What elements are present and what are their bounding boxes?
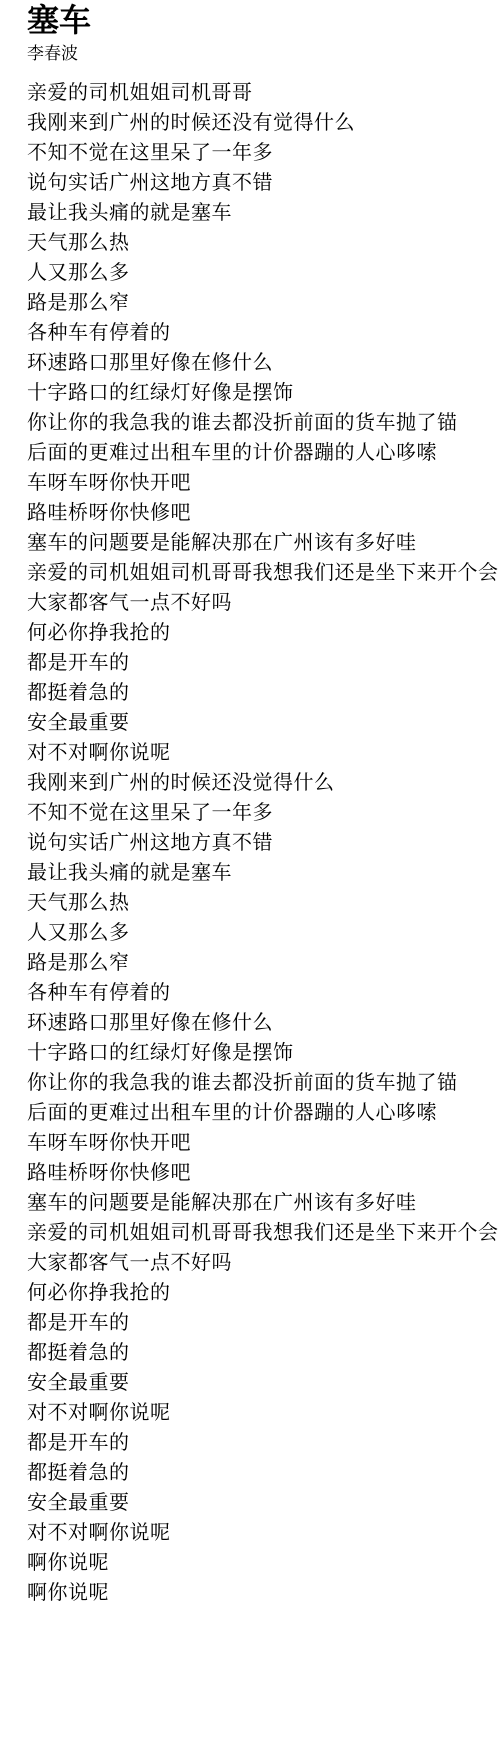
lyric-line: 后面的更难过出租车里的计价器蹦的人心哆嗦: [27, 438, 500, 468]
lyric-line: 何必你挣我抢的: [27, 618, 500, 648]
lyric-line: 你让你的我急我的谁去都没折前面的货车抛了锚: [27, 408, 500, 438]
lyric-line: 都是开车的: [27, 648, 500, 678]
lyrics-body: 亲爱的司机姐姐司机哥哥我刚来到广州的时候还没有觉得什么不知不觉在这里呆了一年多说…: [27, 78, 500, 1608]
lyric-line: 你让你的我急我的谁去都没折前面的货车抛了锚: [27, 1068, 500, 1098]
lyric-line: 都挺着急的: [27, 1458, 500, 1488]
lyric-line: 各种车有停着的: [27, 318, 500, 348]
lyric-line: 最让我头痛的就是塞车: [27, 858, 500, 888]
lyric-line: 亲爱的司机姐姐司机哥哥我想我们还是坐下来开个会吧: [27, 558, 500, 588]
lyric-line: 天气那么热: [27, 228, 500, 258]
lyric-line: 大家都客气一点不好吗: [27, 1248, 500, 1278]
lyric-line: 后面的更难过出租车里的计价器蹦的人心哆嗦: [27, 1098, 500, 1128]
lyric-line: 十字路口的红绿灯好像是摆饰: [27, 1038, 500, 1068]
lyric-line: 大家都客气一点不好吗: [27, 588, 500, 618]
lyric-line: 对不对啊你说呢: [27, 738, 500, 768]
lyrics-page: 塞车 李春波 亲爱的司机姐姐司机哥哥我刚来到广州的时候还没有觉得什么不知不觉在这…: [0, 0, 500, 1608]
lyric-line: 人又那么多: [27, 918, 500, 948]
lyric-line: 各种车有停着的: [27, 978, 500, 1008]
lyric-line: 都挺着急的: [27, 678, 500, 708]
lyric-line: 说句实话广州这地方真不错: [27, 828, 500, 858]
lyric-line: 说句实话广州这地方真不错: [27, 168, 500, 198]
page-title: 塞车: [27, 3, 500, 38]
lyric-line: 环速路口那里好像在修什么: [27, 1008, 500, 1038]
lyric-line: 亲爱的司机姐姐司机哥哥: [27, 78, 500, 108]
lyric-line: 安全最重要: [27, 1488, 500, 1518]
lyric-line: 路哇桥呀你快修吧: [27, 498, 500, 528]
lyric-line: 最让我头痛的就是塞车: [27, 198, 500, 228]
lyric-line: 人又那么多: [27, 258, 500, 288]
lyric-line: 对不对啊你说呢: [27, 1518, 500, 1548]
lyric-line: 路是那么窄: [27, 948, 500, 978]
lyric-line: 天气那么热: [27, 888, 500, 918]
lyric-line: 都是开车的: [27, 1308, 500, 1338]
lyric-line: 环速路口那里好像在修什么: [27, 348, 500, 378]
lyric-line: 我刚来到广州的时候还没有觉得什么: [27, 108, 500, 138]
lyric-line: 塞车的问题要是能解决那在广州该有多好哇: [27, 528, 500, 558]
lyric-line: 十字路口的红绿灯好像是摆饰: [27, 378, 500, 408]
lyric-line: 安全最重要: [27, 708, 500, 738]
lyric-line: 不知不觉在这里呆了一年多: [27, 798, 500, 828]
lyric-line: 车呀车呀你快开吧: [27, 468, 500, 498]
lyric-line: 都是开车的: [27, 1428, 500, 1458]
lyric-line: 何必你挣我抢的: [27, 1278, 500, 1308]
lyric-line: 车呀车呀你快开吧: [27, 1128, 500, 1158]
lyric-line: 对不对啊你说呢: [27, 1398, 500, 1428]
lyric-line: 亲爱的司机姐姐司机哥哥我想我们还是坐下来开个会吧: [27, 1218, 500, 1248]
lyric-line: 安全最重要: [27, 1368, 500, 1398]
lyric-line: 路哇桥呀你快修吧: [27, 1158, 500, 1188]
lyric-line: 塞车的问题要是能解决那在广州该有多好哇: [27, 1188, 500, 1218]
artist-name: 李春波: [27, 44, 500, 64]
lyric-line: 都挺着急的: [27, 1338, 500, 1368]
lyric-line: 啊你说呢: [27, 1578, 500, 1608]
lyric-line: 啊你说呢: [27, 1548, 500, 1578]
lyric-line: 路是那么窄: [27, 288, 500, 318]
lyric-line: 不知不觉在这里呆了一年多: [27, 138, 500, 168]
lyric-line: 我刚来到广州的时候还没觉得什么: [27, 768, 500, 798]
